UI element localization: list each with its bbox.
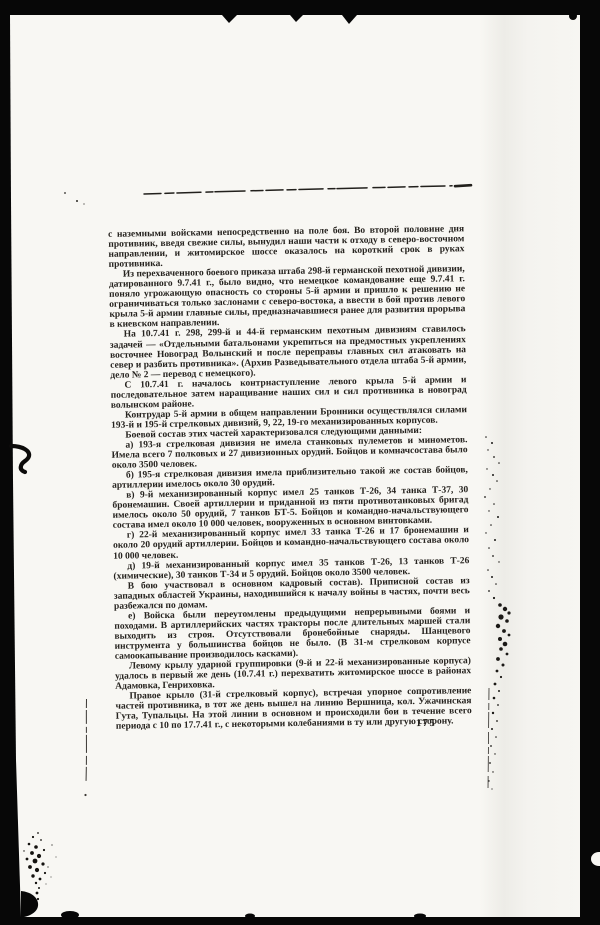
body-text: с наземными войсками непосредственно на … (108, 224, 472, 732)
paragraph: в) 9-й механизированный корпус имел 25 т… (112, 485, 469, 531)
paragraph: Из перехваченного боевого приказа штаба … (109, 264, 466, 330)
paragraph: с наземными войсками непосредственно на … (108, 224, 465, 270)
white-notch-artifact (591, 852, 600, 866)
paragraph: е) Войска были переутомлены предыдущими … (114, 606, 471, 662)
page-number: 175 (416, 718, 436, 729)
paragraph: На 10.7.41 г. 298, 299-й и 44-й германск… (110, 325, 467, 381)
scan-background: { "page": { "kind": "scanned-book-page",… (0, 0, 600, 925)
